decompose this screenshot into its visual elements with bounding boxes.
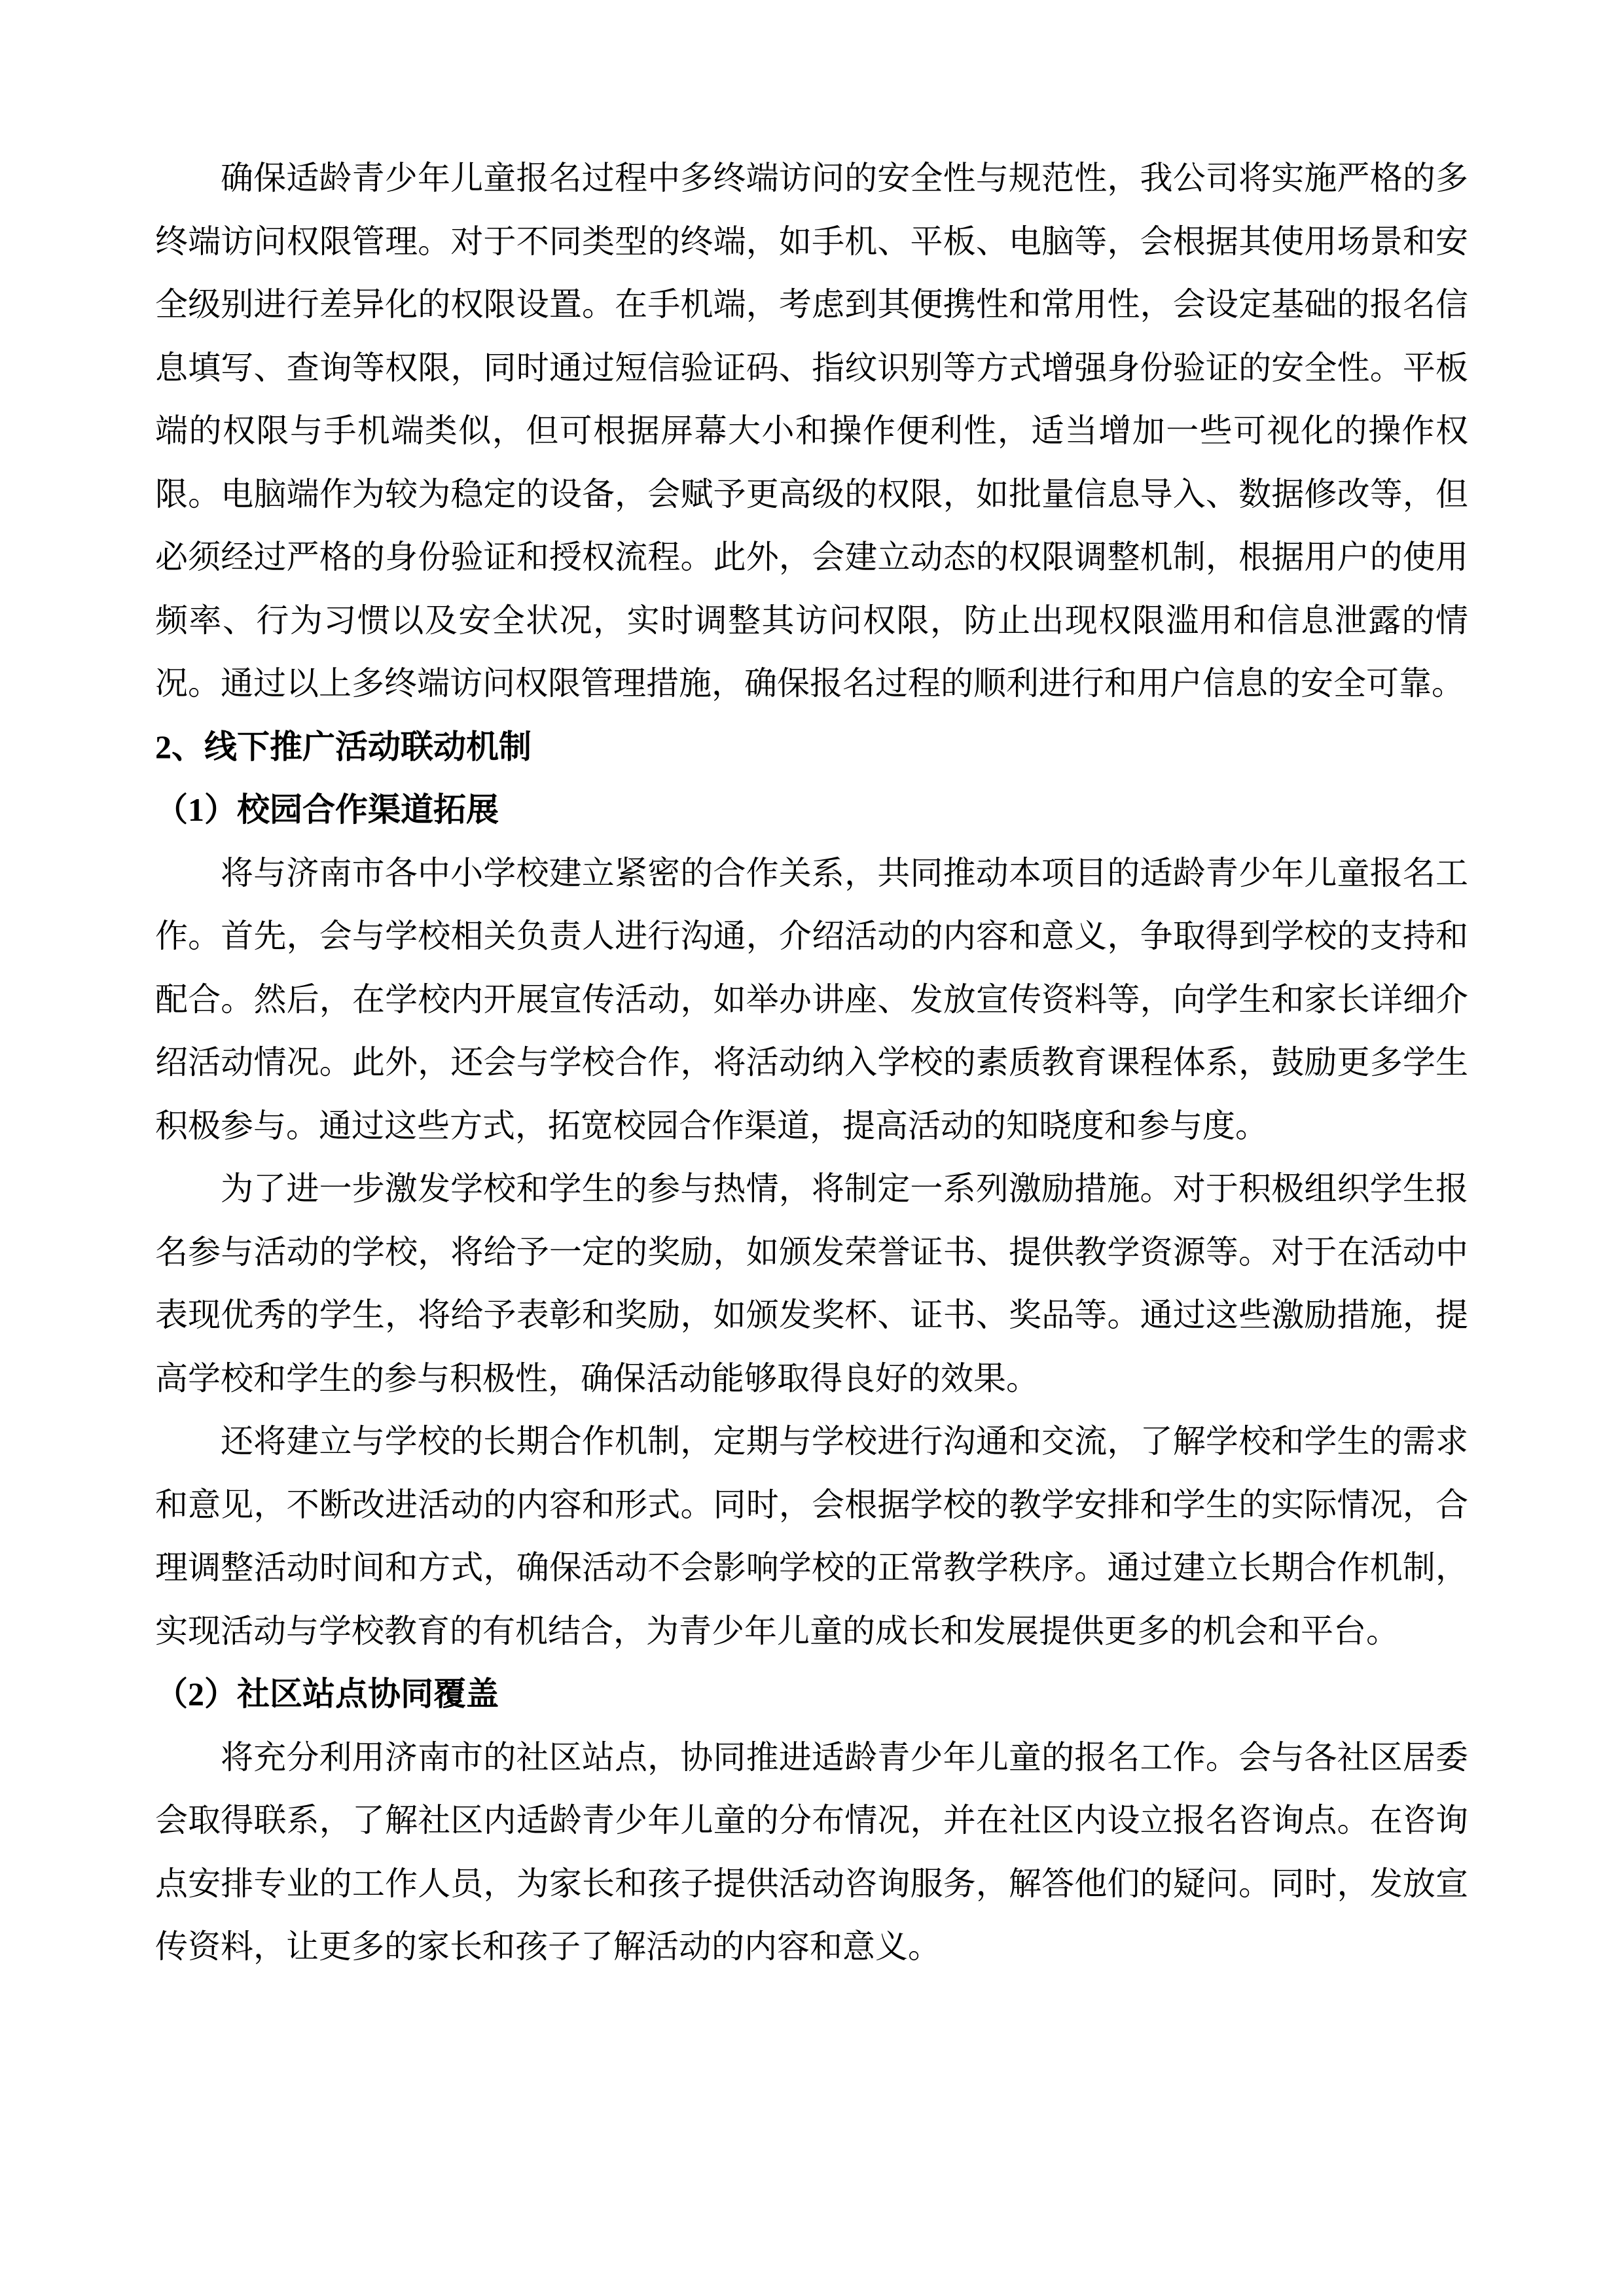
heading-offline-promotion-linkage-mechanism: 2、线下推广活动联动机制 bbox=[155, 715, 1468, 779]
subheading-campus-cooperation-channel: （1）校园合作渠道拓展 bbox=[155, 778, 1468, 842]
paragraph-multi-terminal-access-permissions: 确保适龄青少年儿童报名过程中多终端访问的安全性与规范性，我公司将实施严格的多终端… bbox=[155, 147, 1468, 715]
paragraph-community-site-promotion: 将充分利用济南市的社区站点，协同推进适龄青少年儿童的报名工作。会与各社区居委会取… bbox=[155, 1726, 1468, 1979]
paragraph-incentive-measures: 为了进一步激发学校和学生的参与热情，将制定一系列激励措施。对于积极组织学生报名参… bbox=[155, 1157, 1468, 1410]
subheading-community-site-coverage: （2）社区站点协同覆盖 bbox=[155, 1662, 1468, 1726]
paragraph-long-term-cooperation-mechanism: 还将建立与学校的长期合作机制，定期与学校进行沟通和交流，了解学校和学生的需求和意… bbox=[155, 1410, 1468, 1662]
document-text-block: 确保适龄青少年儿童报名过程中多终端访问的安全性与规范性，我公司将实施严格的多终端… bbox=[155, 147, 1468, 1979]
document-page: 确保适龄青少年儿童报名过程中多终端访问的安全性与规范性，我公司将实施严格的多终端… bbox=[0, 0, 1624, 2296]
paragraph-school-cooperation: 将与济南市各中小学校建立紧密的合作关系，共同推动本项目的适龄青少年儿童报名工作。… bbox=[155, 842, 1468, 1158]
